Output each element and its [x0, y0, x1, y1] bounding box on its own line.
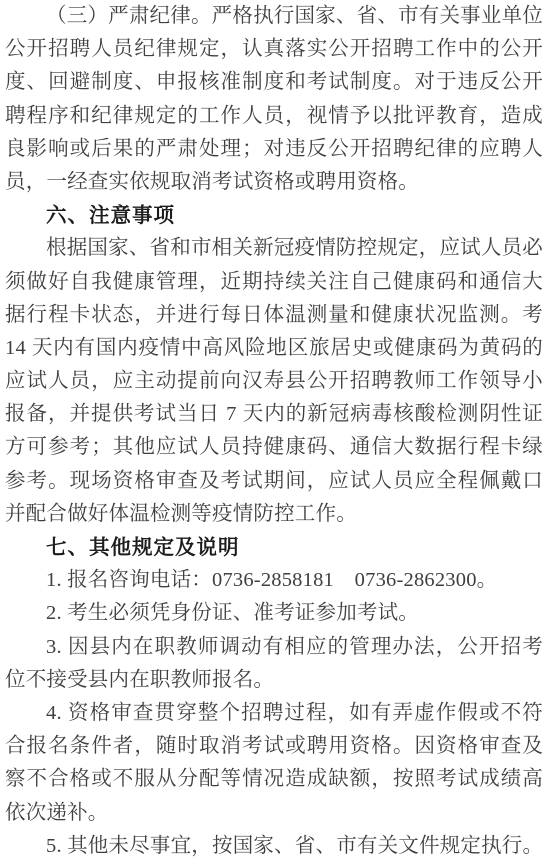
section-heading-other-rules: 七、其他规定及说明: [5, 531, 543, 564]
paragraph-covid-line: 应试人员，应主动提前向汉寿县公开招聘教师工作领导小组: [5, 365, 543, 398]
paragraph-discipline-line: 员，一经查实依规取消考试资格或聘用资格。: [5, 166, 543, 199]
rule-item-2-id: 2. 考生必须凭身份证、准考证参加考试。: [5, 597, 543, 630]
rule-item-3-line: 位不接受县内在职教师报名。: [5, 664, 543, 697]
section-heading-notes: 六、注意事项: [5, 199, 543, 232]
paragraph-covid-line: 须做好自我健康管理，近期持续关注自己健康码和通信大数: [5, 266, 543, 299]
paragraph-covid-line: 参考。现场资格审查及考试期间，应试人员应全程佩戴口罩: [5, 465, 543, 498]
rule-item-4-line: 4. 资格审查贯穿整个招聘过程，如有弄虚作假或不符: [5, 697, 543, 730]
rule-item-3-line: 3. 因县内在职教师调动有相应的管理办法，公开招考岗: [5, 631, 543, 664]
rule-item-4-line: 依次递补。: [5, 797, 543, 830]
rule-item-5-line: 5. 其他未尽事宜，按国家、省、市有关文件规定执行。: [5, 830, 543, 863]
paragraph-discipline-line: 聘程序和纪律规定的工作人员，视情予以批评教育，造成不: [5, 100, 543, 133]
paragraph-discipline-line: 度、回避制度、申报核准制度和考试制度。对于违反公开招: [5, 66, 543, 99]
rule-item-4-line: 察不合格或不服从分配等情况造成缺额，按照考试成绩高低: [5, 763, 543, 796]
paragraph-discipline-line: 公开招聘人员纪律规定，认真落实公开招聘工作中的公开制: [5, 33, 543, 66]
paragraph-discipline-line: （三）严肃纪律。严格执行国家、省、市有关事业单位: [5, 0, 543, 33]
document-page: （三）严肃纪律。严格执行国家、省、市有关事业单位 公开招聘人员纪律规定，认真落实…: [0, 0, 551, 863]
paragraph-covid-line: 14 天内有国内疫情中高风险地区旅居史或健康码为黄码的: [5, 332, 543, 365]
paragraph-covid-line: 方可参考；其他应试人员持健康码、通信大数据行程卡绿码: [5, 431, 543, 464]
paragraph-covid-line: 并配合做好体温检测等疫情防控工作。: [5, 498, 543, 531]
paragraph-discipline-line: 良影响或后果的严肃处理；对违反公开招聘纪律的应聘人: [5, 133, 543, 166]
rule-item-1-phone: 1. 报名咨询电话：0736-2858181 0736-2862300。: [5, 564, 543, 597]
rule-item-4-line: 合报名条件者，随时取消考试或聘用资格。因资格审查及考: [5, 730, 543, 763]
paragraph-covid-line: 报备，并提供考试当日 7 天内的新冠病毒核酸检测阴性证明: [5, 398, 543, 431]
paragraph-covid-line: 据行程卡状态，并进行每日体温测量和健康状况监测。考前: [5, 299, 543, 332]
document-body: （三）严肃纪律。严格执行国家、省、市有关事业单位 公开招聘人员纪律规定，认真落实…: [0, 0, 551, 863]
paragraph-covid-line: 根据国家、省和市相关新冠疫情防控规定，应试人员必: [5, 232, 543, 265]
